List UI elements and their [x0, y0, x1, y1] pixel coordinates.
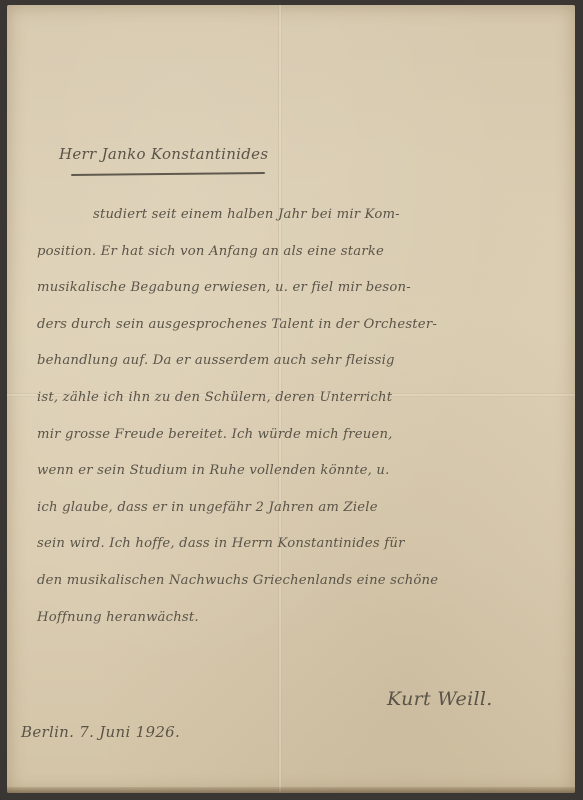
body-line: musikalische Begabung erwiesen, u. er fi… [37, 276, 567, 313]
body-line: Hoffnung heranwächst. [37, 606, 567, 643]
letter-body: studiert seit einem halben Jahr bei mir … [37, 203, 567, 642]
salutation: Herr Janko Konstantinides [59, 145, 268, 163]
body-line: position. Er hat sich von Anfang an als … [37, 240, 567, 277]
body-line: sein wird. Ich hoffe, dass in Herrn Kons… [37, 532, 567, 569]
body-line: wenn er sein Studium in Ruhe vollenden k… [37, 459, 567, 496]
body-line: ist, zähle ich ihn zu den Schülern, dere… [37, 386, 567, 423]
body-line: studiert seit einem halben Jahr bei mir … [37, 203, 567, 240]
letter-page: Herr Janko Konstantinides studiert seit … [7, 5, 575, 793]
body-line: behandlung auf. Da er ausserdem auch seh… [37, 349, 567, 386]
signature: Kurt Weill. [387, 688, 493, 710]
paper-bottom-edge [7, 787, 575, 793]
body-line: ich glaube, dass er in ungefähr 2 Jahren… [37, 496, 567, 533]
salutation-underline [71, 172, 265, 176]
body-line: ders durch sein ausgesprochenes Talent i… [37, 313, 567, 350]
dateline: Berlin. 7. Juni 1926. [21, 723, 180, 741]
body-line: den musikalischen Nachwuchs Griechenland… [37, 569, 567, 606]
body-line: mir grosse Freude bereitet. Ich würde mi… [37, 423, 567, 460]
